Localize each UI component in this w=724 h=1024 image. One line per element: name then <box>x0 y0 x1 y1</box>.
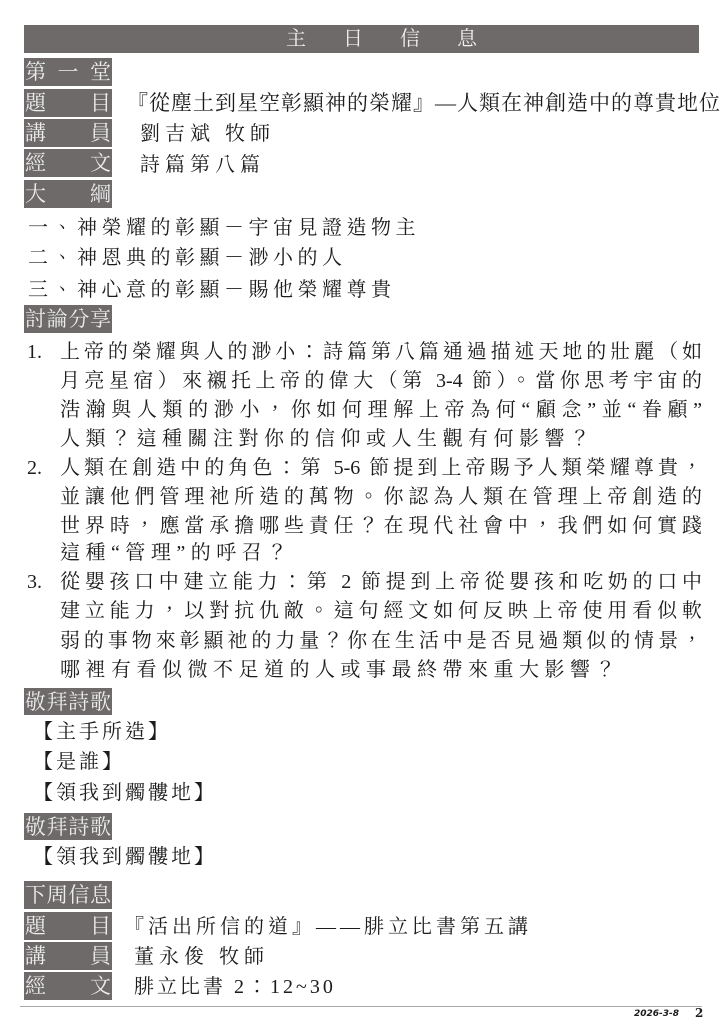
discussion-line: 上帝的榮耀與人的渺小：詩篇第八篇通過描述天地的壯麗（如 <box>60 338 702 367</box>
discussion-line: 浩瀚與人類的渺小，你如何理解上帝為何“顧念”並“眷顧” <box>60 396 702 425</box>
worship-songs-label: 敬拜詩歌 <box>24 688 112 715</box>
discussion-line: 人類？這種關注對你的信仰或人生觀有何影響？ <box>60 425 702 454</box>
outline-label: 大綱 <box>24 180 112 208</box>
discussion-line: 月亮星宿）來襯托上帝的偉大（第 3-4 節）。當你思考宇宙的 <box>60 367 702 396</box>
page-title-bar: 主日信息 <box>24 25 699 53</box>
song-title: 【是誰】 <box>33 748 125 777</box>
song-title: 【領我到髑髏地】 <box>33 843 217 872</box>
discussion-line: 從嬰孩口中建立能力：第 2 節提到上帝從嬰孩和吃奶的口中 <box>60 568 702 597</box>
next-scripture-reference: 腓立比書 2：12~30 <box>134 973 336 1001</box>
next-sermon-title: 『活出所信的道』——腓立比書第五講 <box>124 913 532 941</box>
next-speaker-name: 董永俊 牧師 <box>134 943 269 971</box>
footer-date: 2026-3-8 <box>634 1008 679 1020</box>
discussion-line: 並讓他們管理祂所造的萬物。你認為人類在管理上帝創造的 <box>60 483 702 512</box>
discussion-line: 人類在創造中的角色：第 5-6 節提到上帝賜予人類榮耀尊貴， <box>60 454 702 483</box>
discussion-line: 世界時，應當承擔哪些責任？在現代社會中，我們如何實踐 <box>60 512 702 541</box>
sermon-title-label: 題目 <box>24 89 112 117</box>
worship-songs-label: 敬拜詩歌 <box>24 813 112 840</box>
outline-item: 三、神心意的彰顯－賜他榮耀尊貴 <box>28 276 396 305</box>
outline-item: 二、神恩典的彰顯－渺小的人 <box>28 244 347 273</box>
song-title: 【領我到髑髏地】 <box>33 779 217 808</box>
scripture-reference: 詩篇第八篇 <box>140 151 265 179</box>
bulletin-page: 主日信息 第一堂 題目 『從塵土到星空彰顯神的榮耀』—人類在神創造中的尊貴地位 … <box>0 0 724 1024</box>
discussion-line: 弱的事物來彰顯祂的力量？你在生活中是否見過類似的情景， <box>60 627 702 656</box>
speaker-label: 講員 <box>24 119 112 147</box>
next-speaker-label: 講員 <box>24 942 112 970</box>
speaker-name: 劉吉斌 牧師 <box>140 120 275 148</box>
next-sermon-title-label: 題目 <box>24 912 112 940</box>
discussion-label: 討論分享 <box>24 305 112 333</box>
discussion-number: 3. <box>27 568 42 597</box>
song-title: 【主手所造】 <box>33 718 171 747</box>
scripture-label: 經文 <box>24 149 112 177</box>
discussion-number: 1. <box>27 338 42 367</box>
service-label: 第一堂 <box>24 58 112 86</box>
discussion-number: 2. <box>27 454 42 483</box>
discussion-line: 哪裡有看似微不足道的人或事最終帶來重大影響？ <box>60 656 702 685</box>
next-week-label: 下周信息 <box>24 881 112 909</box>
footer-divider <box>20 1006 702 1007</box>
page-number: 2 <box>695 1006 703 1020</box>
sermon-title: 『從塵土到星空彰顯神的榮耀』—人類在神創造中的尊貴地位 <box>127 89 721 117</box>
outline-item: 一、神榮耀的彰顯－宇宙見證造物主 <box>28 214 420 243</box>
page-title: 主日信息 <box>286 28 514 50</box>
discussion-line: 這種“管理”的呼召？ <box>60 539 702 568</box>
discussion-line: 建立能力，以對抗仇敵。這句經文如何反映上帝使用看似軟 <box>60 597 702 626</box>
next-scripture-label: 經文 <box>24 972 112 1000</box>
